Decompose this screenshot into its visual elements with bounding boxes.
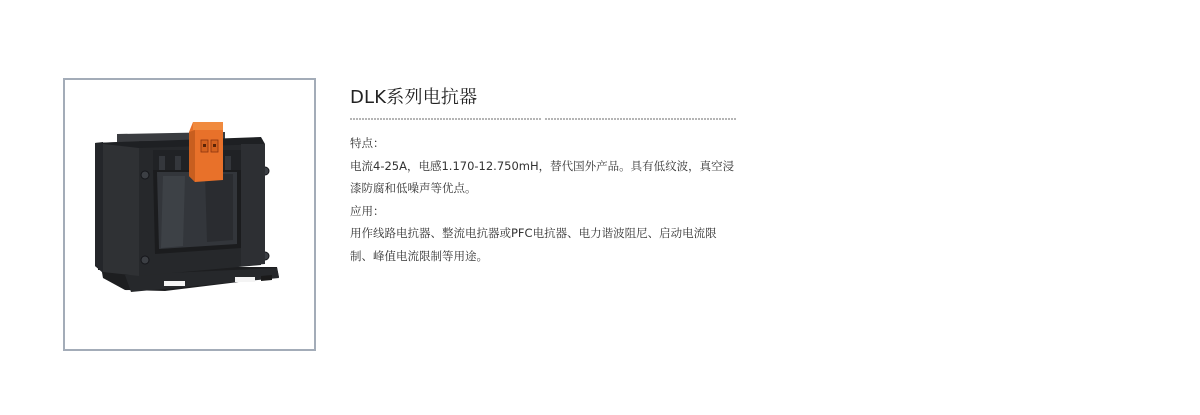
- features-line-2: 漆防腐和低噪声等优点。: [350, 177, 750, 200]
- divider-gap: [541, 117, 544, 121]
- applications-line-1: 用作线路电抗器、整流电抗器或PFC电抗器、电力谐波阻尼、启动电流限: [350, 222, 750, 245]
- product-description: 特点： 电流4-25A，电感1.170-12.750mH，替代国外产品。具有低纹…: [350, 132, 750, 267]
- features-heading: 特点：: [350, 132, 750, 155]
- features-line-1: 电流4-25A，电感1.170-12.750mH，替代国外产品。具有低纹波，真空…: [350, 155, 750, 178]
- applications-heading: 应用：: [350, 200, 750, 223]
- product-title: DLK系列电抗器: [350, 86, 750, 110]
- reactor-product-image: [65, 80, 314, 349]
- product-info: DLK系列电抗器 特点： 电流4-25A，电感1.170-12.750mH，替代…: [350, 86, 750, 110]
- terminal-block: [189, 122, 223, 182]
- product-image-frame[interactable]: [63, 78, 316, 351]
- applications-line-2: 制、峰值电流限制等用途。: [350, 245, 750, 268]
- reactor-body: [95, 137, 269, 276]
